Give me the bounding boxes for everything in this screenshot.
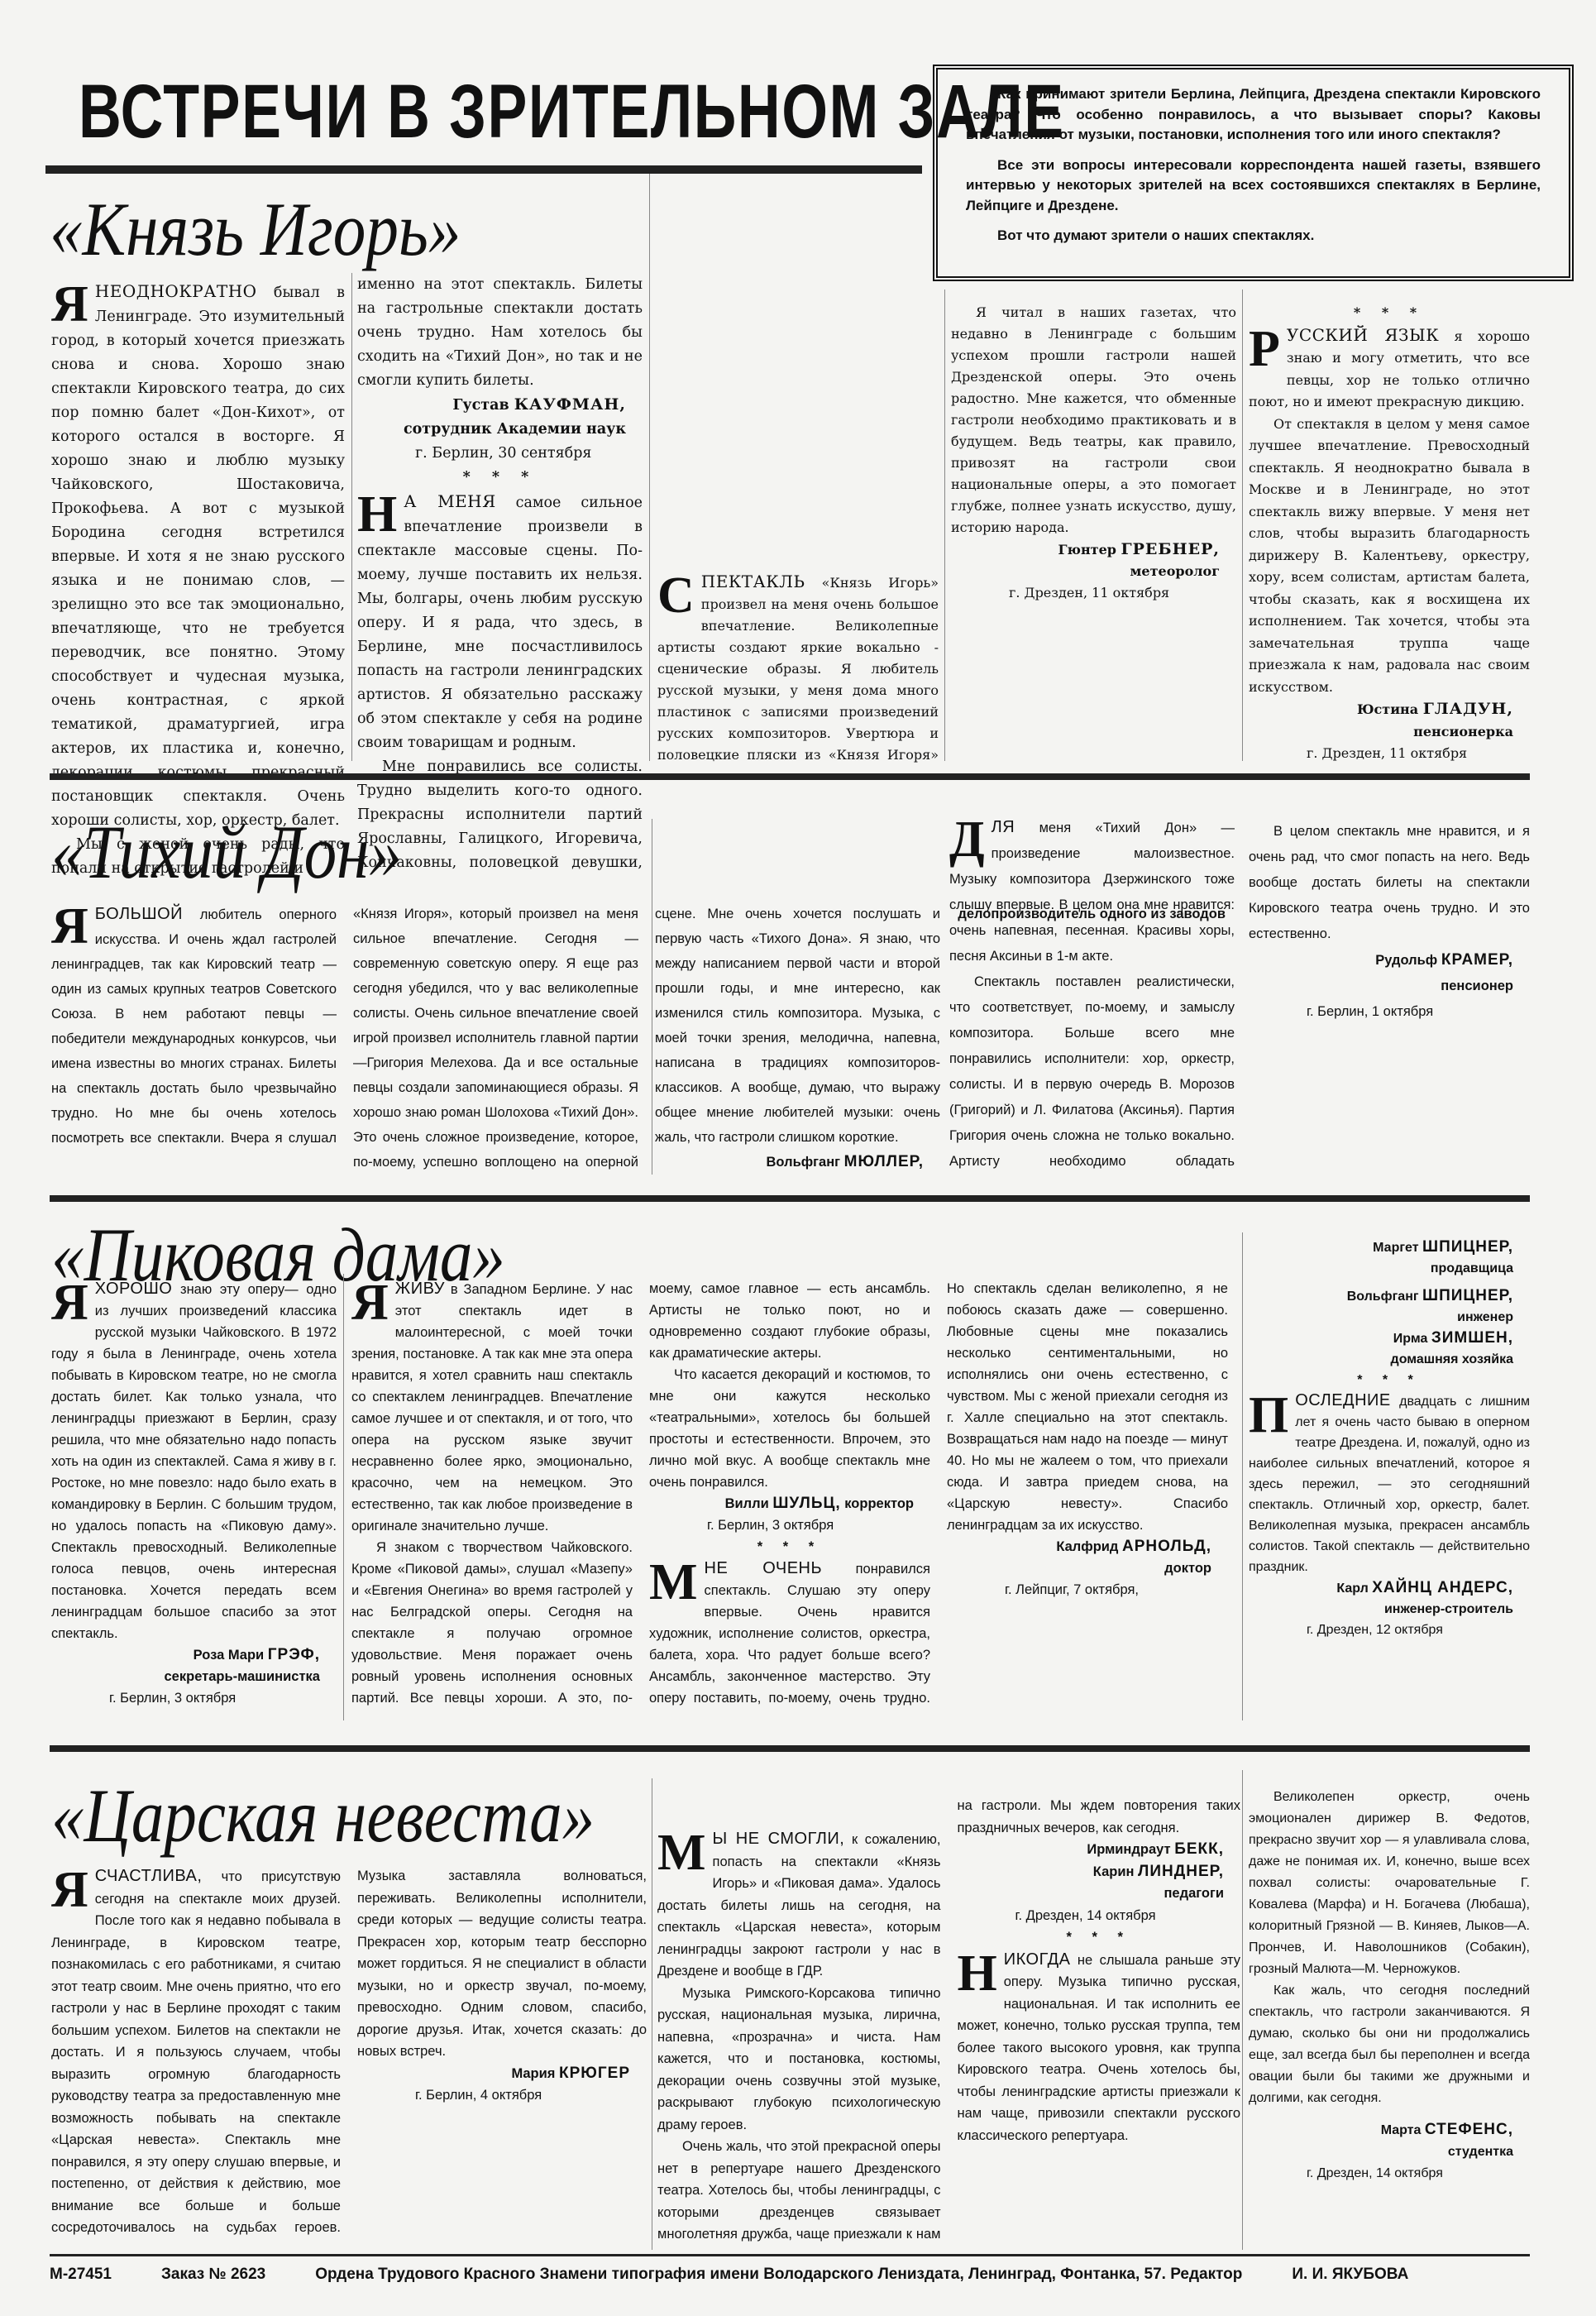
article-text: Что касается декораций и костюмов, то мн…	[649, 1364, 930, 1493]
signature-place: г. Дрезден, 11 октября	[1249, 743, 1530, 765]
article-grebner-cont: Я читал в наших газетах, что недавно в Л…	[951, 302, 1236, 604]
signature-place: г. Берлин, 30 сентября	[357, 442, 643, 466]
signature-role: сотрудник Академии наук	[357, 418, 643, 442]
signature-place: г. Берлин, 1 октября	[1249, 999, 1530, 1025]
article-text: В целом спектакль мне нравится, и я очен…	[1249, 819, 1530, 947]
signature-role: секретарь-машинистка	[51, 1666, 337, 1687]
article-kramer-start: ДЛЯ меня «Тихий Дон» — произведение мало…	[949, 815, 1235, 1175]
lead-caps: СЧАСТЛИВА,	[95, 1867, 203, 1885]
article-spitzner: Маргет ШПИЦНЕР, продавщица Вольфганг ШПИ…	[1249, 1237, 1530, 1640]
lead-caps: ЖИВУ	[395, 1280, 445, 1298]
column-divider	[351, 273, 352, 761]
lead-caps: ХОРОШО	[95, 1280, 173, 1298]
intro-paragraph: Вот что думают зрители о наших спектакля…	[966, 226, 1541, 246]
article-text: Спектакль поставлен реалистически, что с…	[949, 969, 1235, 1175]
drop-cap: Я	[351, 1281, 389, 1324]
imprint-footer: М-27451 Заказ № 2623 Ордена Трудового Кр…	[50, 2262, 1546, 2287]
signature: Густав КАУФМАН,	[357, 393, 643, 418]
signature-role: инженер-строитель	[1249, 1599, 1530, 1620]
column-divider	[1242, 289, 1243, 761]
lead-caps: УССКИЙ ЯЗЫК	[1287, 325, 1439, 345]
article-kaufman-andreeva: именно на этот спектакль. Билеты на гаст…	[357, 273, 643, 875]
signature: Юстина ГЛАДУН,	[1249, 698, 1530, 721]
article-text: Как жаль, что сегодня последний спектакл…	[1249, 1980, 1530, 2109]
signature-role: пенсионер	[1249, 974, 1530, 999]
article-krueger: ЯСЧАСТЛИВА, что присутствую сегодня на с…	[51, 1865, 647, 2250]
signature-place: г. Берлин, 4 октября	[357, 2084, 647, 2107]
column-divider	[944, 289, 945, 761]
intro-paragraph: Как принимают зрители Берлина, Лейпцига,…	[966, 84, 1541, 146]
signature: Мария КРЮГЕР	[357, 2063, 647, 2085]
column-divider	[343, 1274, 344, 1720]
article-kaufman: ЯНЕОДНОКРАТНО бывал в Ленинграде. Это из…	[51, 280, 345, 881]
signature-place: г. Дрезден, 14 октября	[1249, 2163, 1530, 2184]
signature: Вольфганг ШПИЦНЕР,	[1249, 1285, 1530, 1307]
lead-caps: ЛЯ	[992, 818, 1015, 836]
signature-role: домашняя хозяйка	[1249, 1349, 1530, 1370]
column-divider	[1242, 1770, 1243, 2250]
drop-cap: М	[649, 1561, 698, 1604]
imprint-text: Ордена Трудового Красного Знамени типогр…	[315, 2262, 1242, 2287]
drop-cap: М	[657, 1831, 706, 1874]
article-text: именно на этот спектакль. Билеты на гаст…	[357, 273, 643, 393]
article-grebner: СПЕКТАКЛЬ «Князь Игорь» произвел на меня…	[657, 571, 939, 765]
signature-place: г. Дрезден, 12 октября	[1249, 1620, 1530, 1640]
editor-name: И. И. ЯКУБОВА	[1292, 2262, 1408, 2287]
section-rule	[50, 1195, 1530, 1202]
newspaper-page: ВСТРЕЧИ В ЗРИТЕЛЬНОМ ЗАЛЕ Как принимают …	[0, 0, 1596, 2316]
lead-caps: БОЛЬШОЙ	[95, 905, 183, 923]
section-rule	[50, 773, 1530, 780]
column-divider	[652, 819, 652, 1175]
drop-cap: П	[1249, 1394, 1288, 1437]
article-text: Музыка Римского-Корсакова типично русска…	[657, 1983, 941, 2137]
masthead-title: ВСТРЕЧИ В ЗРИТЕЛЬНОМ ЗАЛЕ	[79, 70, 717, 153]
signature: Калфрид АРНОЛЬД,	[947, 1536, 1228, 1558]
signature-role: студентка	[1249, 2141, 1530, 2163]
column-divider	[649, 174, 650, 761]
lead-caps: ПЕКТАКЛЬ	[701, 572, 805, 591]
lead-caps: ОСЛЕДНИЕ	[1295, 1391, 1391, 1409]
lead-caps: НЕОДНОКРАТНО	[95, 281, 257, 301]
signature-place: г. Берлин, 3 октября	[649, 1514, 930, 1536]
article-text: бывал в Ленинграде. Это изумительный гор…	[51, 285, 345, 829]
signature-place: г. Дрезден, 14 октября	[958, 1905, 1241, 1927]
signature-place: г. Лейпциг, 7 октября,	[947, 1579, 1228, 1601]
separator-stars: * * *	[958, 1926, 1241, 1949]
article-text: что присутствую сегодня на спектакле мои…	[51, 1869, 647, 2235]
lead-caps: А МЕНЯ	[404, 491, 496, 511]
signature-role: инженер	[1249, 1307, 1530, 1328]
signature: Гюнтер ГРЕБНЕР,	[951, 538, 1236, 561]
signature: Рудольф КРАМЕР,	[1249, 947, 1530, 974]
print-code: М-27451	[50, 2262, 112, 2287]
intro-box: Как принимают зрители Берлина, Лейпцига,…	[933, 65, 1574, 281]
signature: Ирминдраут БЕКК,	[958, 1839, 1241, 1861]
masthead-rule	[45, 165, 922, 174]
article-text: знаю эту оперу— одно из лучших произведе…	[51, 1282, 337, 1641]
separator-stars: * * *	[1249, 302, 1530, 324]
lead-caps: НЕ ОЧЕНЬ	[705, 1559, 823, 1577]
signature-place: г. Дрезден, 11 октября	[951, 582, 1236, 604]
signature: Вилли ШУЛЬЦ, корректор	[649, 1493, 930, 1514]
article-schulz-arnold: ЯЖИВУ в Западном Берлине. У нас этот спе…	[351, 1278, 1228, 1725]
article-stephens: Великолепен оркестр, очень эмоционален д…	[1249, 1787, 1530, 2184]
signature-role: продавщица	[1249, 1258, 1530, 1279]
order-number: Заказ № 2623	[161, 2262, 265, 2287]
signature-place: г. Берлин, 3 октября	[51, 1687, 337, 1709]
article-text: меня «Тихий Дон» — произведение малоизве…	[949, 821, 1235, 964]
intro-paragraph: Все эти вопросы интересовали корреспонде…	[966, 156, 1541, 217]
drop-cap: Я	[51, 1281, 88, 1324]
article-text: Великолепен оркестр, очень эмоционален д…	[1249, 1787, 1530, 1980]
article-text: не слышала раньше эту оперу. Музыка типи…	[958, 1953, 1241, 2143]
signature: Карин ЛИНДНЕР,	[958, 1861, 1241, 1883]
separator-stars: * * *	[357, 466, 643, 490]
signature-role: пенсионерка	[1249, 721, 1530, 744]
drop-cap: Я	[51, 1869, 88, 1912]
article-text: «Князь Игорь» произвел на меня очень бол…	[657, 575, 939, 765]
section-rule	[50, 1745, 1530, 1752]
article-text: двадцать с лишним лет я очень часто быва…	[1249, 1395, 1530, 1574]
signature: Карл ХАЙНЦ АНДЕРС,	[1249, 1577, 1530, 1599]
article-beck-lindner: МЫ НЕ СМОГЛИ, к сожалению, попасть на сп…	[657, 1795, 1240, 2250]
signature: Марта СТЕФЕНС,	[1249, 2119, 1530, 2141]
signature-role: доктор	[947, 1558, 1228, 1579]
column-divider	[1242, 1232, 1243, 1720]
article-text: любитель оперного искусства. И очень жда…	[51, 907, 940, 1170]
lead-caps: ИКОГДА	[1004, 1950, 1071, 1969]
drop-cap: Р	[1249, 328, 1280, 371]
drop-cap: С	[657, 574, 695, 617]
signature: Маргет ШПИЦНЕР,	[1249, 1237, 1530, 1258]
drop-cap: Я	[51, 905, 88, 948]
drop-cap: Н	[958, 1952, 997, 1995]
article-text: самое сильное впечатление произвели в сп…	[357, 495, 643, 751]
article-text: От спектакля в целом у меня самое лучшее…	[1249, 414, 1530, 699]
signature: Вольфганг МЮЛЛЕР,	[655, 1150, 940, 1175]
drop-cap: Я	[51, 283, 88, 326]
signature-role: педагоги	[958, 1883, 1241, 1905]
signature-role: метеоролог	[951, 561, 1236, 582]
drop-cap: Н	[357, 493, 397, 536]
drop-cap: Д	[949, 818, 985, 861]
article-text: в Западном Берлине. У нас этот спектакль…	[351, 1282, 633, 1534]
article-kramer: В целом спектакль мне нравится, и я очен…	[1249, 819, 1530, 1025]
signature: Роза Мари ГРЭФ,	[51, 1644, 337, 1666]
column-divider	[652, 1778, 652, 2250]
article-gladun: * * * РУССКИЙ ЯЗЫК я хорошо знаю и могу …	[1249, 302, 1530, 765]
section-title-tsars-bride: «Царская невеста»	[51, 1770, 595, 1861]
separator-stars: * * *	[1249, 1370, 1530, 1390]
section-title-prince-igor: «Князь Игорь»	[50, 184, 461, 275]
article-graef: ЯХОРОШО знаю эту оперу— одно из лучших п…	[51, 1278, 337, 1709]
section-title-quiet-don: «Тихий Дон»	[51, 806, 402, 897]
signature: Ирма ЗИМШЕН,	[1249, 1328, 1530, 1349]
lead-caps: Ы НЕ СМОГЛИ,	[713, 1830, 845, 1848]
article-text: Я читал в наших газетах, что недавно в Л…	[951, 302, 1236, 538]
footer-rule	[50, 2254, 1530, 2256]
